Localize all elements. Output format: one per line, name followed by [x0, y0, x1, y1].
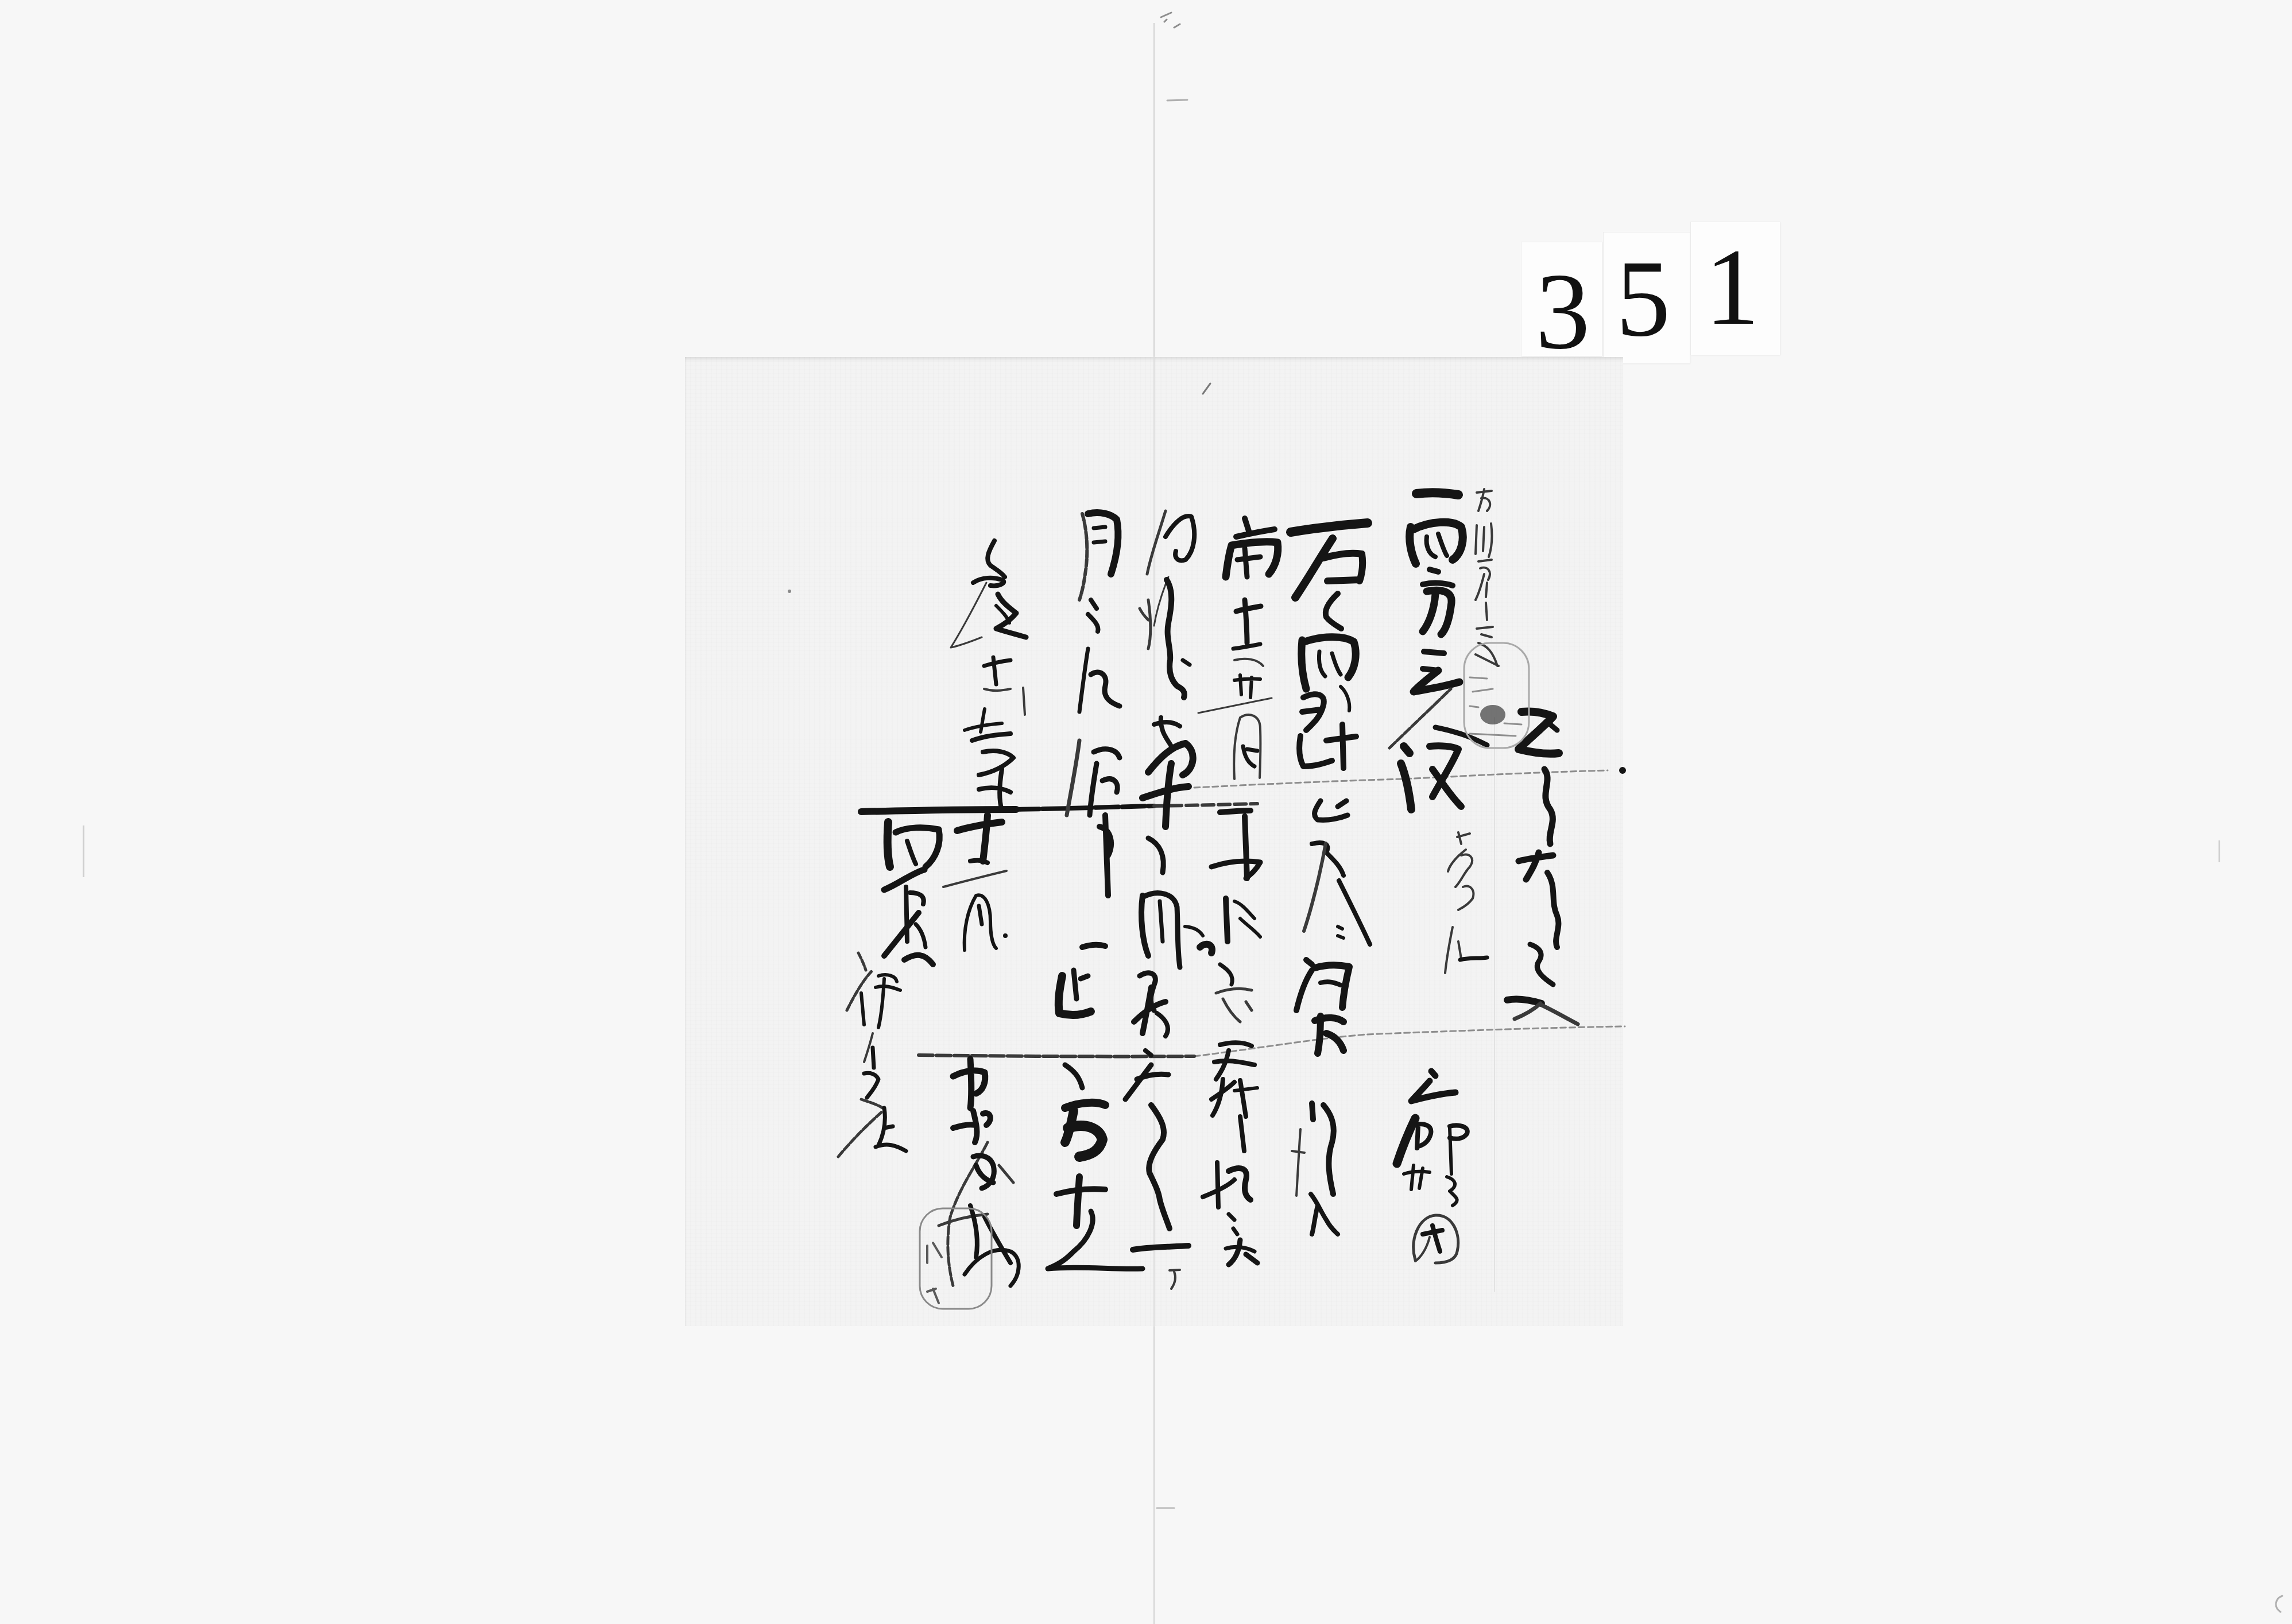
- seal-ink-blot: [1480, 705, 1505, 724]
- body-line-4: 月ニ御借ホ此五石之: [1048, 510, 1134, 1276]
- document-title: 預り申□之事: [1507, 709, 1579, 1025]
- stray-mark: [1167, 100, 1187, 100]
- ink-dot: [1619, 767, 1626, 774]
- stray-mark: [1161, 13, 1180, 28]
- addressee-name: 四□左衛門殿: [837, 821, 943, 1160]
- body-line-1: 右ノ四取付ム承候ニ請取申候: [1291, 520, 1371, 1234]
- date-month: 十一月: [942, 812, 1008, 950]
- location-text: 六郷之内: [1395, 1069, 1459, 1264]
- ink-dot: [788, 590, 791, 593]
- item-note: 西川彦□□: [1473, 488, 1500, 669]
- item-note-2: 太郎作: [1444, 830, 1489, 979]
- stray-mark: [1203, 383, 1210, 394]
- item-line: 一 四方三ノ役: [1401, 491, 1464, 812]
- body-line-2: 南志ノ廿日早被為要外相来: [1198, 517, 1279, 1266]
- stray-mark: [2276, 1596, 2282, 1612]
- date-year: 寛文十一亥年: [951, 540, 1028, 809]
- rule-line: [861, 809, 1016, 812]
